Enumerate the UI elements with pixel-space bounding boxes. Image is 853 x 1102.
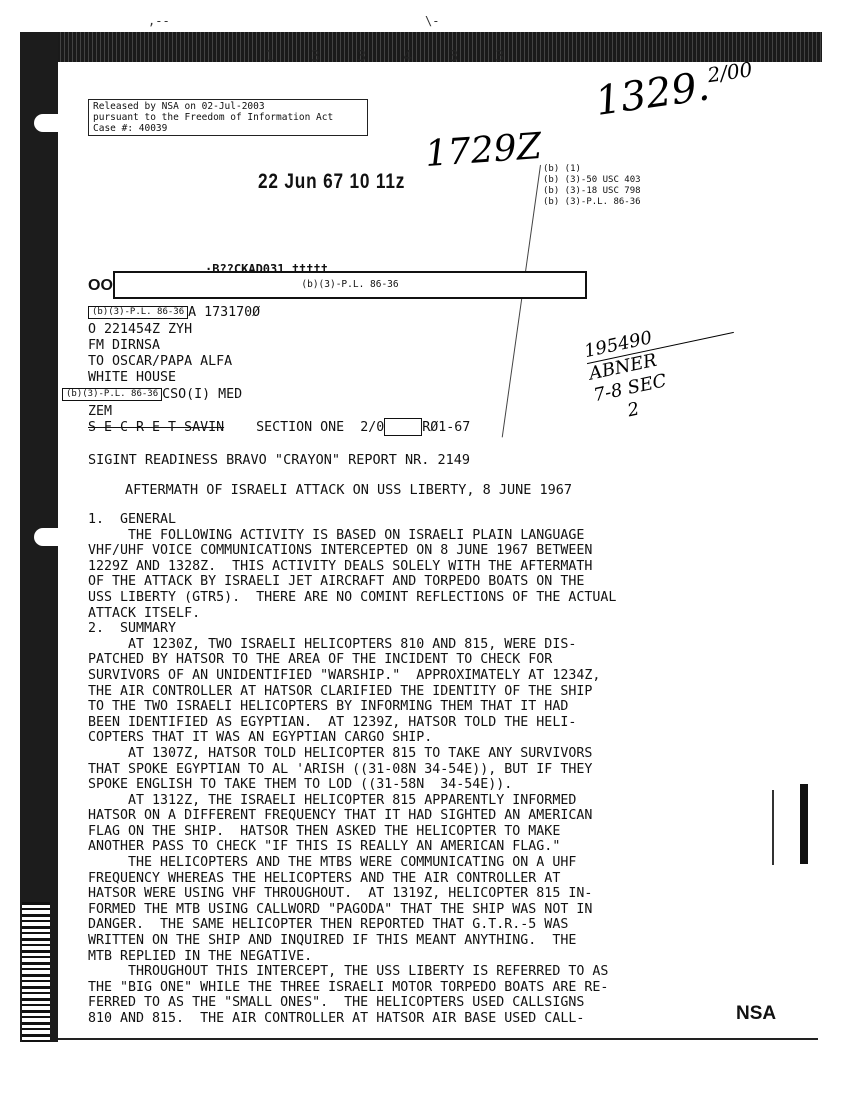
report-subject: SIGINT READINESS BRAVO "CRAYON" REPORT N… [88,452,470,468]
redaction-box: (b)(3)-P.L. 86-36 [88,306,188,319]
barcode-strip [22,902,50,1042]
margin-mark [772,790,774,865]
classification-marking: S E C R E T SAVIN [88,420,224,435]
exemption-item: (b) (3)-P.L. 86-36 [543,197,641,208]
header-line-1: (b)(3)-P.L. 86-36A 173170Ø [88,305,260,321]
header-line-6: (b)(3)-P.L. 86-36CSO(I) MED [62,387,242,403]
exemption-item: (b) (1) [543,164,641,175]
redaction-box: (b)(3)-P.L. 86-36 [62,388,162,401]
handwritten-fraction: 2/00 [706,57,754,87]
header-line-5: WHITE HOUSE [88,370,176,386]
punch-hole [34,114,74,132]
header-line-2: O 221454Z ZYH [88,322,192,338]
page-bottom-edge [58,1038,818,1040]
punch-hole [34,528,74,546]
release-line-3: Case #: 40039 [93,123,363,134]
release-line-1: Released by NSA on 02-Jul-2003 [93,101,363,112]
handwritten-number: 1329.2/00 [593,57,757,125]
redaction-box [384,418,422,436]
redaction-pointer-line [502,165,541,437]
scan-border-left [20,32,58,1042]
scanned-document-page: ,-- \- 1 3 3 4 3 3 Released by NSA on 02… [0,0,853,1102]
date-time-stamp: 22 Jun 67 10 11z [258,170,405,194]
page-number-marks: 1 3 3 4 3 3 [265,47,518,65]
report-title: AFTERMATH OF ISRAELI ATTACK ON USS LIBER… [125,482,572,498]
section-label: SECTION ONE [256,420,344,435]
classification-line: S E C R E T SAVIN SECTION ONE 2/0RØ1-67 [88,418,470,436]
report-body-text: 1. GENERAL THE FOLLOWING ACTIVITY IS BAS… [88,512,768,1027]
margin-mark [800,784,808,864]
handwritten-time: 1729Z [424,126,543,175]
exemption-item: (b) (3)-18 USC 798 [543,186,641,197]
priority-prefix: OO [88,277,113,295]
scan-mark: ,-- [148,14,170,28]
release-stamp: Released by NSA on 02-Jul-2003 pursuant … [88,99,368,136]
handwritten-number-main: 1329 [593,65,700,125]
scan-mark: \- [425,14,439,28]
header-line-3: FM DIRNSA [88,338,160,354]
release-line-2: pursuant to the Freedom of Information A… [93,112,363,123]
redaction-box: (b)(3)-P.L. 86-36 [113,271,587,299]
agency-stamp: NSA [736,1003,776,1025]
exemption-item: (b) (3)-50 USC 403 [543,175,641,186]
handwritten-margin-note: 195490 ABNER 7-8 SEC 2 [582,310,747,428]
exemption-list: (b) (1) (b) (3)-50 USC 403 (b) (3)-18 US… [543,164,641,208]
header-line-4: TO OSCAR/PAPA ALFA [88,354,232,370]
